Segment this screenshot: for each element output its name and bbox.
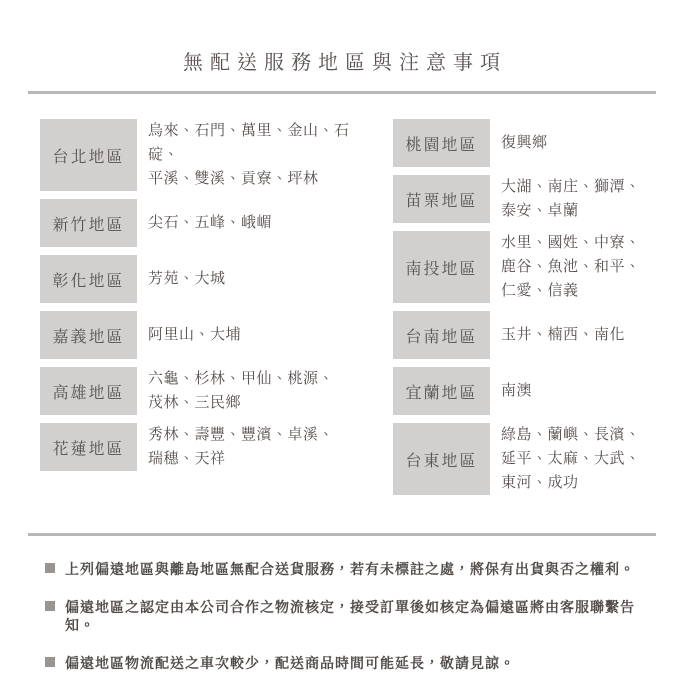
region-areas: 阿里山、大埔 [137, 311, 241, 359]
region-label: 新竹地區 [40, 199, 137, 247]
region-areas: 大湖、南庄、獅潭、 泰安、卓蘭 [490, 175, 641, 223]
note-item: 上列偏遠地區與離島地區無配合送貨服務，若有未標註之處，將保有出貨與否之權利。 [45, 560, 660, 578]
square-bullet-icon [45, 601, 55, 611]
note-item: 偏遠地區之認定由本公司合作之物流核定，接受訂單後如核定為偏遠區將由客服聯繫告知。 [45, 598, 660, 634]
region-areas: 尖石、五峰、峨嵋 [137, 199, 272, 247]
region-row-nantou: 南投地區 水里、國姓、中寮、 鹿谷、魚池、和平、 仁愛、信義 [393, 231, 660, 303]
region-row-tainan: 台南地區 玉井、楠西、南化 [393, 311, 660, 359]
region-label: 南投地區 [393, 231, 490, 303]
region-row-chiayi: 嘉義地區 阿里山、大埔 [40, 311, 380, 359]
region-row-taitung: 台東地區 綠島、蘭嶼、長濱、 延平、太麻、大武、 東河、成功 [393, 423, 660, 495]
region-areas: 六龜、杉林、甲仙、桃源、 茂林、三民鄉 [137, 367, 334, 415]
square-bullet-icon [45, 563, 55, 573]
region-table: 台北地區 烏來、石門、萬里、金山、石碇、 平溪、雙溪、貢寮、坪林 新竹地區 尖石… [0, 94, 690, 503]
region-areas: 玉井、楠西、南化 [490, 311, 625, 359]
region-label: 宜蘭地區 [393, 367, 490, 415]
note-text: 偏遠地區物流配送之車次較少，配送商品時間可能延長，敬請見諒。 [65, 654, 515, 672]
region-row-taoyuan: 桃園地區 復興鄉 [393, 119, 660, 167]
region-areas: 秀林、壽豐、豐濱、卓溪、 瑞穗、天祥 [137, 423, 334, 471]
region-areas: 水里、國姓、中寮、 鹿谷、魚池、和平、 仁愛、信義 [490, 231, 641, 303]
region-areas: 綠島、蘭嶼、長濱、 延平、太麻、大武、 東河、成功 [490, 423, 641, 495]
region-row-miaoli: 苗栗地區 大湖、南庄、獅潭、 泰安、卓蘭 [393, 175, 660, 223]
region-label: 彰化地區 [40, 255, 137, 303]
region-label: 花蓮地區 [40, 423, 137, 471]
region-areas: 南澳 [490, 367, 532, 415]
region-areas: 復興鄉 [490, 119, 548, 167]
region-label: 台東地區 [393, 423, 490, 495]
notes-divider [28, 533, 656, 536]
region-row-hsinchu: 新竹地區 尖石、五峰、峨嵋 [40, 199, 380, 247]
region-label: 台南地區 [393, 311, 490, 359]
region-column-left: 台北地區 烏來、石門、萬里、金山、石碇、 平溪、雙溪、貢寮、坪林 新竹地區 尖石… [40, 119, 380, 479]
region-column-right: 桃園地區 復興鄉 苗栗地區 大湖、南庄、獅潭、 泰安、卓蘭 南投地區 水里、國姓… [393, 119, 660, 503]
page-title: 無配送服務地區與注意事項 [0, 0, 690, 75]
region-areas: 芳苑、大城 [137, 255, 226, 303]
notes-list: 上列偏遠地區與離島地區無配合送貨服務，若有未標註之處，將保有出貨與否之權利。 偏… [45, 560, 660, 672]
region-label: 台北地區 [40, 119, 137, 191]
region-row-yilan: 宜蘭地區 南澳 [393, 367, 660, 415]
region-areas: 烏來、石門、萬里、金山、石碇、 平溪、雙溪、貢寮、坪林 [137, 119, 380, 191]
region-row-kaohsiung: 高雄地區 六龜、杉林、甲仙、桃源、 茂林、三民鄉 [40, 367, 380, 415]
region-row-hualien: 花蓮地區 秀林、壽豐、豐濱、卓溪、 瑞穗、天祥 [40, 423, 380, 471]
note-text: 偏遠地區之認定由本公司合作之物流核定，接受訂單後如核定為偏遠區將由客服聯繫告知。 [65, 598, 660, 634]
note-item: 偏遠地區物流配送之車次較少，配送商品時間可能延長，敬請見諒。 [45, 654, 660, 672]
region-row-changhua: 彰化地區 芳苑、大城 [40, 255, 380, 303]
delivery-notice-page: 無配送服務地區與注意事項 台北地區 烏來、石門、萬里、金山、石碇、 平溪、雙溪、… [0, 0, 690, 690]
region-label: 高雄地區 [40, 367, 137, 415]
note-text: 上列偏遠地區與離島地區無配合送貨服務，若有未標註之處，將保有出貨與否之權利。 [65, 560, 635, 578]
region-label: 桃園地區 [393, 119, 490, 167]
region-label: 嘉義地區 [40, 311, 137, 359]
region-label: 苗栗地區 [393, 175, 490, 223]
region-row-taipei: 台北地區 烏來、石門、萬里、金山、石碇、 平溪、雙溪、貢寮、坪林 [40, 119, 380, 191]
square-bullet-icon [45, 657, 55, 667]
